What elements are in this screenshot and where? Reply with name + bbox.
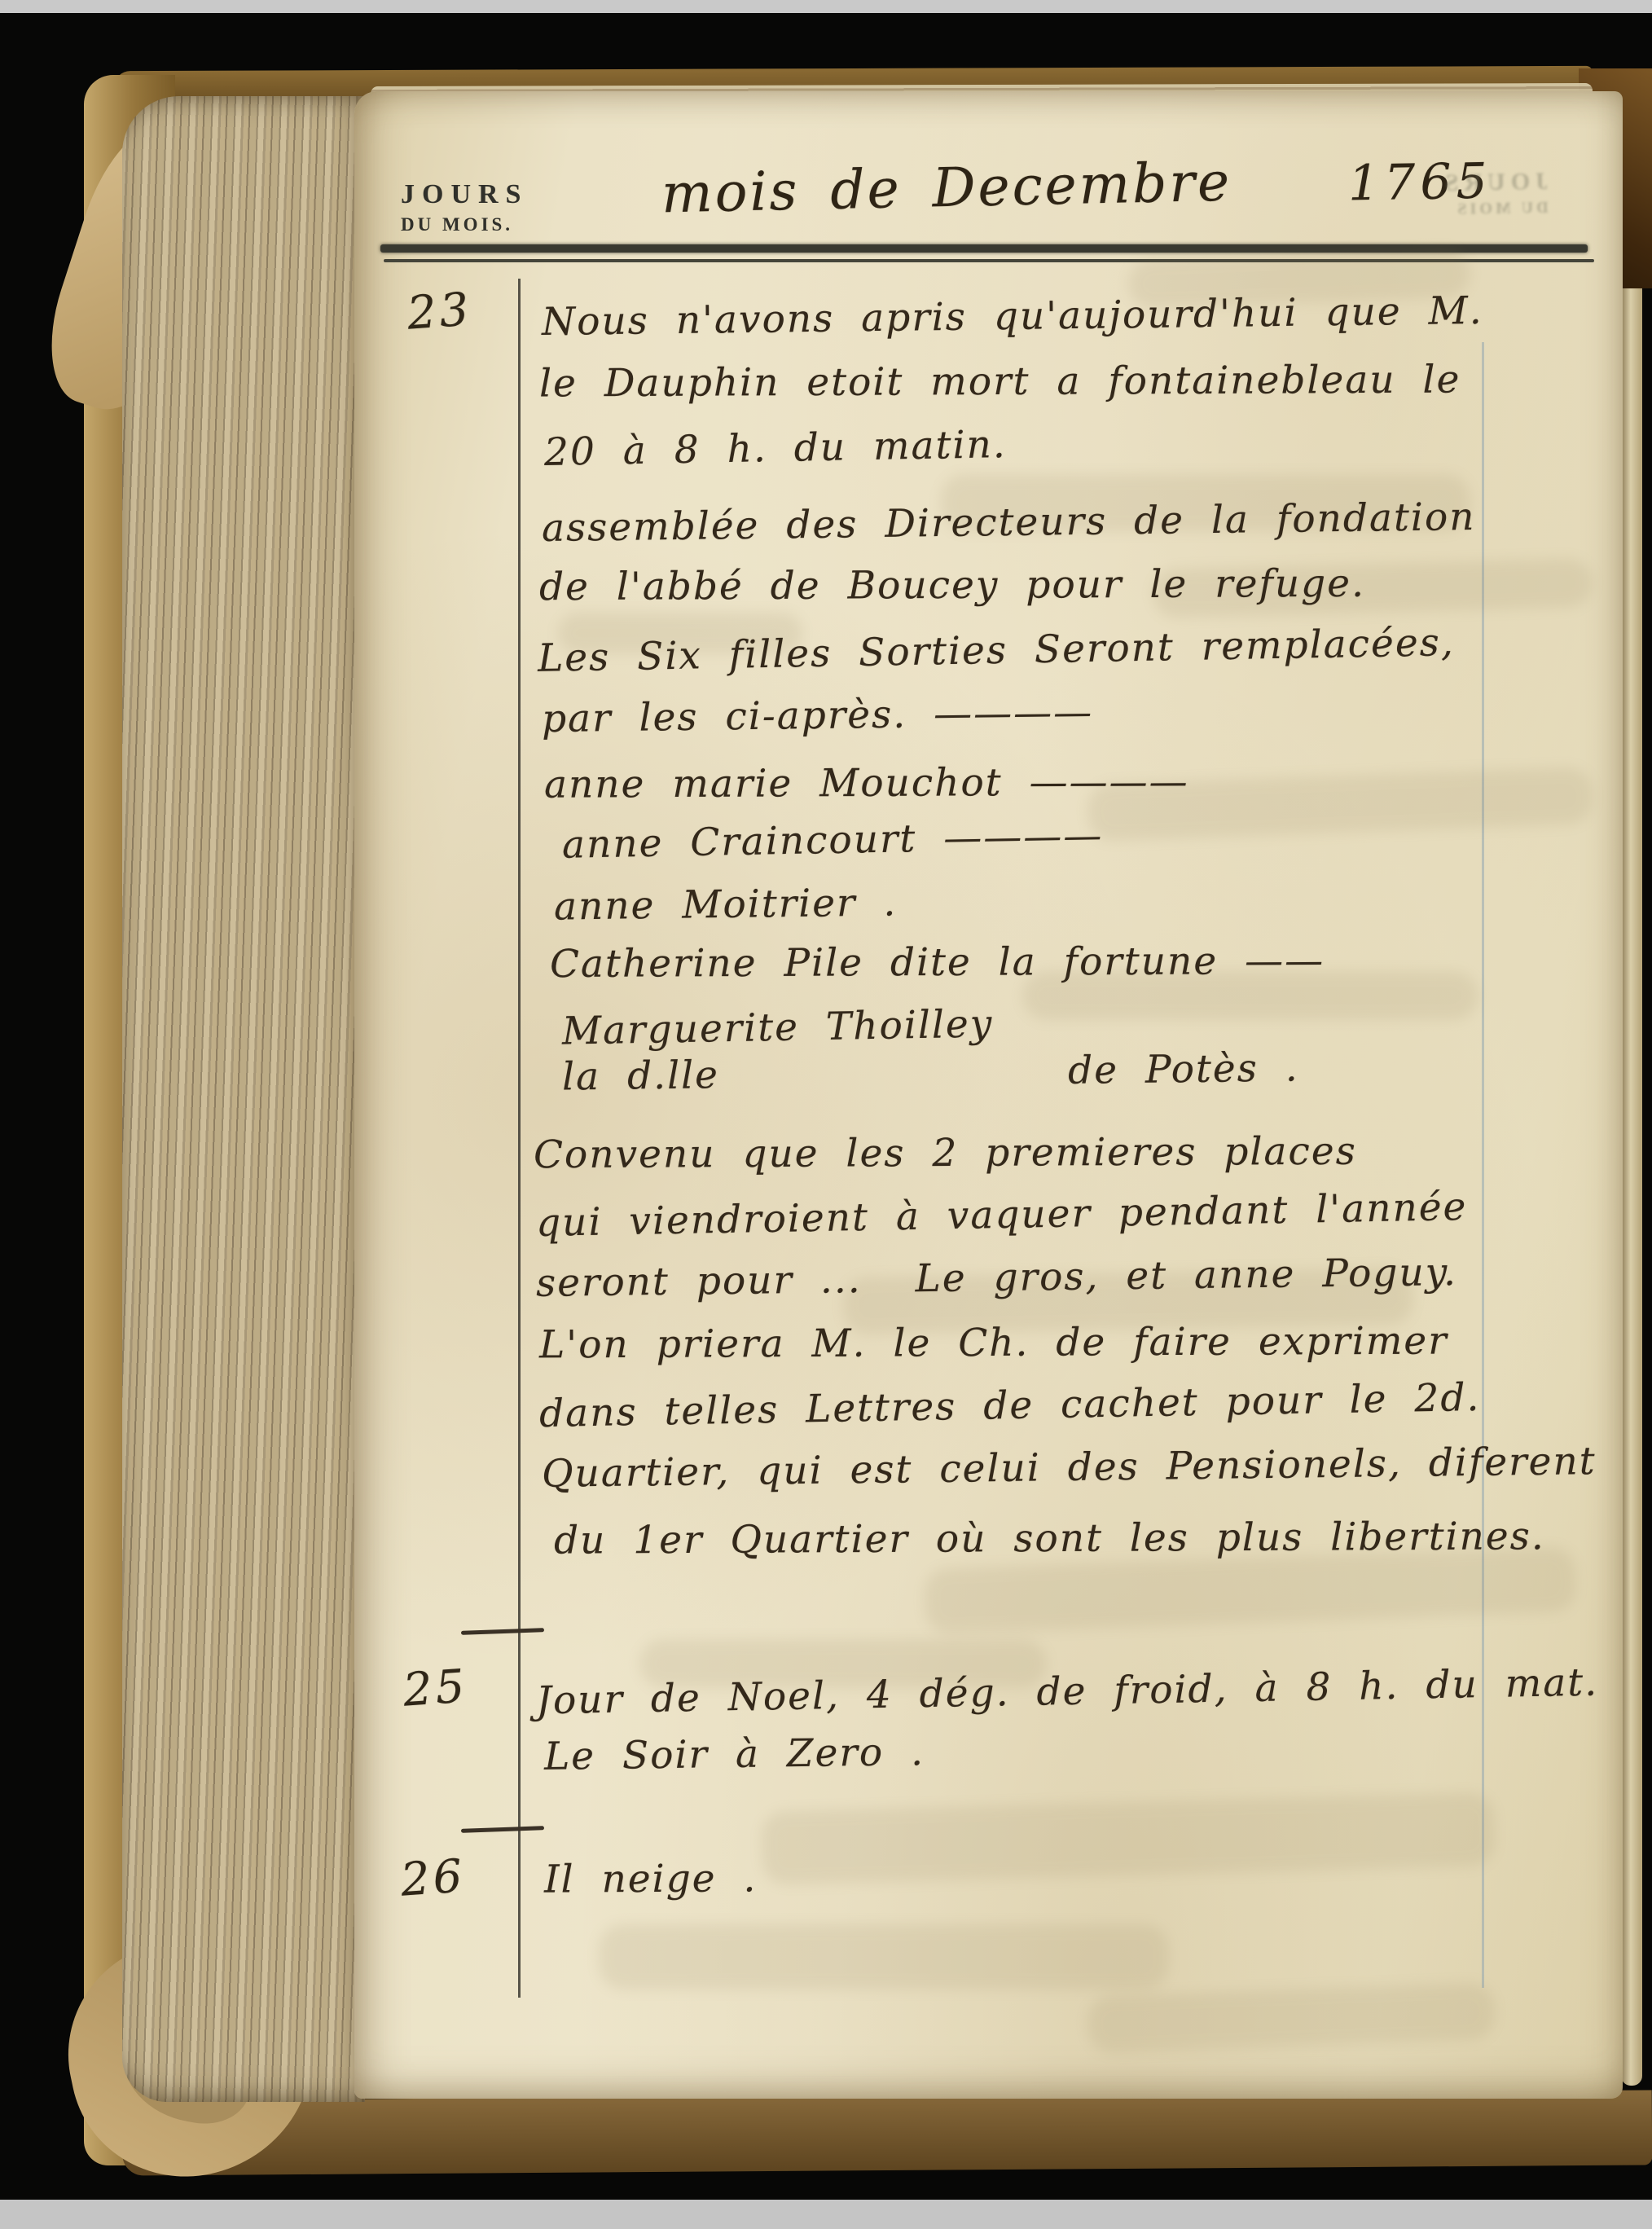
manuscript-line: Marguerite Thoilley: [562, 1002, 994, 1053]
day-number-26: 26: [399, 1853, 467, 1903]
manuscript-line: par les ci-après. ————: [542, 691, 1094, 741]
manuscript-line: Le Soir à Zero .: [544, 1730, 925, 1779]
scan-border-top: [0, 0, 1652, 13]
manuscript-line: qui viendroient à vaquer pendant l'année: [536, 1185, 1468, 1246]
bleedthrough-smudge: [599, 1924, 1169, 1989]
manuscript-line: Catherine Pile dite la fortune ——: [550, 939, 1325, 987]
entry-separator-dash: [461, 1628, 544, 1635]
page-edge-stack: [122, 96, 365, 2102]
manuscript-page-surface: JOURS DU MOIS JOURS DU MOIS. mois de Dec…: [354, 91, 1623, 2099]
manuscript-line: anne Craincourt ————: [562, 814, 1104, 868]
bleedthrough-header-line2: DU MOIS: [1439, 197, 1549, 220]
day-number-23: 23: [406, 287, 473, 336]
day-number-25: 25: [402, 1664, 469, 1713]
manuscript-line: Quartier, qui est celui des Pensionels, …: [542, 1440, 1597, 1497]
manuscript-line: anne marie Mouchot ————: [544, 760, 1189, 807]
margin-vertical-rule: [518, 279, 521, 1998]
entry-separator-dash: [461, 1826, 544, 1833]
printed-days-label: JOURS: [401, 181, 528, 209]
manuscript-line: Il neige .: [544, 1857, 758, 1901]
month-title: mois de Decembre: [661, 156, 1232, 222]
bleedthrough-header: JOURS DU MOIS: [1439, 165, 1548, 220]
manuscript-line: du 1er Quartier où sont les plus liberti…: [554, 1515, 1545, 1563]
manuscript-line: la d.lle de Potès .: [562, 1046, 1299, 1099]
scanned-manuscript-page: JOURS DU MOIS JOURS DU MOIS. mois de Dec…: [0, 0, 1652, 2229]
manuscript-line: Convenu que les 2 premieres places: [534, 1130, 1357, 1177]
bleedthrough-smudge: [761, 1792, 1496, 1885]
book-cover-bottom-edge: [122, 2090, 1652, 2175]
scan-border-bottom: [0, 2200, 1652, 2229]
next-page-fore-edge: [1621, 122, 1642, 2086]
manuscript-line: L'on priera M. le Ch. de faire exprimer: [539, 1320, 1448, 1368]
manuscript-line: de l'abbé de Boucey pour le refuge.: [539, 562, 1365, 609]
bleedthrough-smudge: [1087, 1982, 1496, 2053]
manuscript-line: le Dauphin etoit mort a fontainebleau le: [539, 358, 1461, 407]
manuscript-line: Nous n'avons apris qu'aujourd'hui que M.: [542, 289, 1483, 345]
bleedthrough-header-line1: JOURS: [1439, 165, 1548, 199]
manuscript-line: assemblée des Directeurs de la fondation: [542, 495, 1476, 551]
manuscript-line: 20 à 8 h. du matin.: [544, 423, 1008, 475]
manuscript-line: dans telles Lettres de cachet pour le 2d…: [539, 1376, 1481, 1436]
manuscript-line: anne Moitrier .: [554, 881, 898, 929]
printed-days-label-second-line: DU MOIS.: [401, 215, 513, 234]
